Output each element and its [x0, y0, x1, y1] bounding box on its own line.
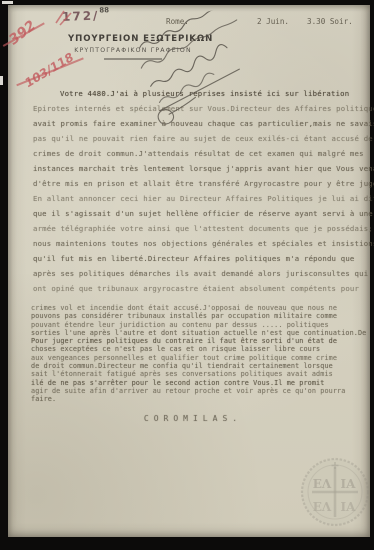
- scan-speck: [2, 1, 13, 4]
- typed-line: aux vengeances personnelles et qualifier…: [31, 354, 371, 362]
- document-paper: 172/88 392 103/118 ΥΠΟΥΡΓΕΙΟΝ ΕΞΩΤΕΡΙΚΩΝ…: [8, 5, 370, 537]
- typed-line: sorties l'une après l'autre et dont situ…: [31, 329, 371, 337]
- typed-line: Votre 4480.J'ai à plusieurs reprises ins…: [33, 86, 369, 101]
- scanned-telegram-page: { "scan": { "registry_number_main": "172…: [0, 0, 374, 550]
- telegram-paragraph-1: Votre 4480.J'ai à plusieurs reprises ins…: [33, 86, 369, 296]
- typed-line: avait promis faire examiner à nouveau ch…: [33, 116, 369, 131]
- seal-monogram-right-lower: ΙΑ: [341, 500, 357, 514]
- typed-line: nous maintenions toutes nos objections g…: [33, 236, 369, 251]
- dateline-time: 3.30 Soir.: [307, 17, 353, 26]
- seal-monogram-right: ΙΑ: [341, 477, 357, 491]
- scan-speck: [0, 76, 3, 85]
- registry-number-superscript: 88: [99, 6, 109, 14]
- typed-line: que il s'agissait d'un sujet hellène off…: [33, 206, 369, 221]
- seal-monogram-left-lower: ΕΛ: [313, 500, 332, 514]
- typed-line: ilé de ne pas s'arrêter pour le second a…: [31, 379, 371, 387]
- typed-line: instances marchait très lentement lorsqu…: [33, 161, 369, 176]
- typed-line: Epirotes internés et spécialement sur Vo…: [33, 101, 369, 116]
- typed-line: agir de suite afin d'arriver au retour p…: [31, 387, 371, 395]
- red-pencil-tick-icon: [54, 8, 74, 28]
- typed-line: armée télégraphiée votre ainsi que l'att…: [33, 221, 369, 236]
- typed-line: pas qu'il ne pouvait rien faire au sujet…: [33, 131, 369, 146]
- telegram-paragraph-2: crimes vol et incendie dont était accusé…: [31, 304, 371, 404]
- typed-line: qu'il fut mis en liberté.Directeur Affai…: [33, 251, 369, 266]
- typed-line: après ses politiques démarches ils avait…: [33, 266, 369, 281]
- typed-line: ont opiné que tribunaux argyrocastre éta…: [33, 281, 369, 296]
- seal-monogram-left: ΕΛ: [313, 477, 332, 491]
- typed-line: faire.: [31, 395, 371, 403]
- red-number-text: 392: [6, 18, 39, 49]
- typed-line: En allant annoncer ceci hier au Directeu…: [33, 191, 369, 206]
- signature: COROMILAS.: [108, 414, 278, 423]
- typed-line: d'être mis en prison et allait être tran…: [33, 176, 369, 191]
- typed-line: crimes de droit commun.J'attendais résul…: [33, 146, 369, 161]
- typed-line: pouvant étendre leur juridiction au cont…: [31, 321, 371, 329]
- typed-line: choses exceptées ce n'est pas le cas et …: [31, 345, 371, 353]
- red-pencil-number-top: 392: [6, 18, 39, 49]
- typed-line: sait l'étonnerait fatigué après ses conv…: [31, 370, 371, 378]
- typed-line: pouvons pas considérer tribunaux install…: [31, 312, 371, 320]
- archive-seal-stamp: ΕΛ ΙΑ ΕΛ ΙΑ: [296, 453, 374, 531]
